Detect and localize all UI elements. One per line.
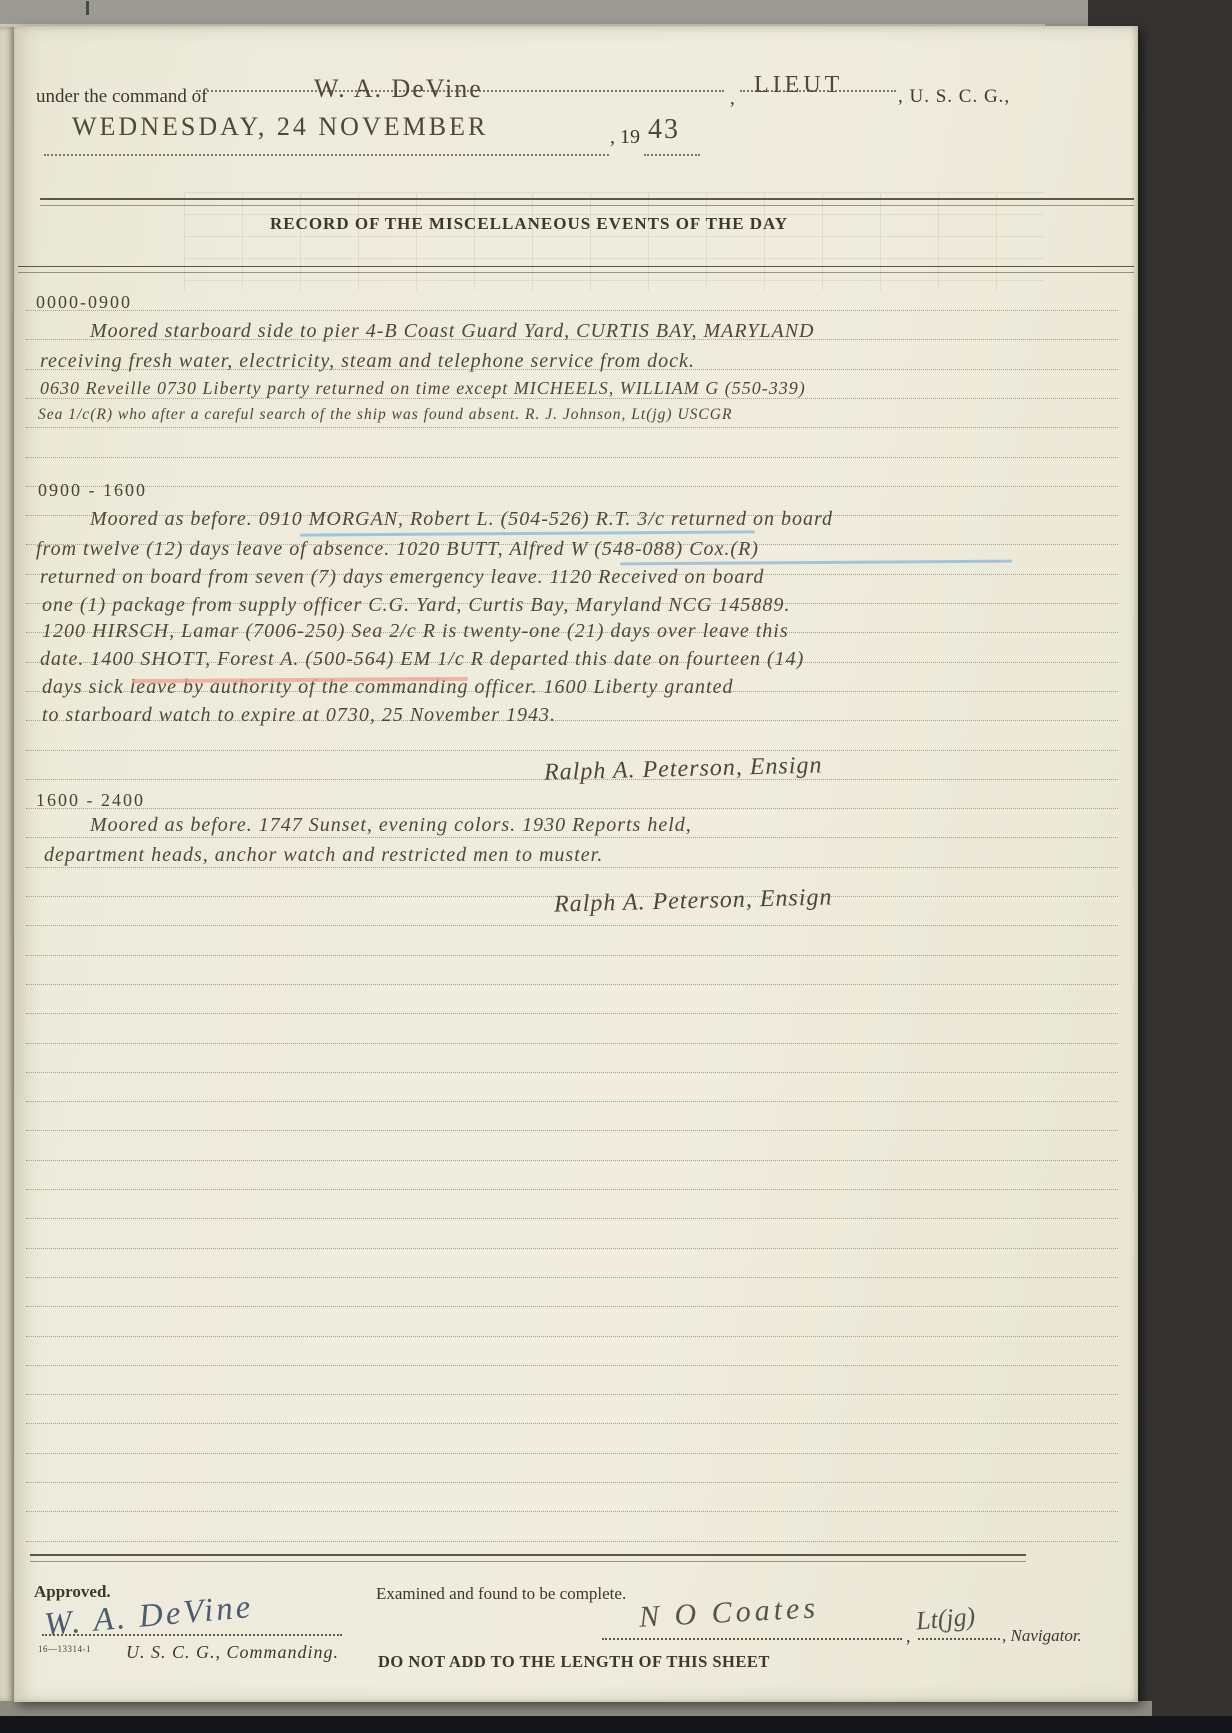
entry-line: 1200 HIRSCH, Lamar (7006-250) Sea 2/c R … [42, 620, 789, 643]
navigator-signature: N O Coates [638, 1591, 820, 1634]
log-page: under the command of W. A. DeVine , LIEU… [14, 26, 1138, 1702]
entry-line: Moored as before. 0910 MORGAN, Robert L.… [90, 508, 833, 531]
ruled-line [26, 1394, 1118, 1395]
ruled-line [26, 955, 1118, 956]
ruled-line [26, 837, 1118, 838]
entry-line: Moored starboard side to pier 4-B Coast … [90, 320, 814, 343]
previous-page-edge [0, 27, 15, 1702]
ruled-line [26, 750, 1118, 751]
ruled-line [26, 427, 1118, 428]
length-warning: DO NOT ADD TO THE LENGTH OF THIS SHEET [378, 1652, 770, 1672]
entry-line: 0630 Reveille 0730 Liberty party returne… [40, 378, 806, 399]
binding-mark [86, 1, 89, 15]
backdrop-bottom-dark [0, 1716, 1232, 1733]
comma-after-name: , [730, 88, 735, 110]
navigator-rank-line [918, 1638, 1000, 1640]
commanding-label: U. S. C. G., Commanding. [126, 1642, 339, 1663]
ruled-line [26, 310, 1118, 311]
footer-rule [30, 1554, 1026, 1562]
show-through-table [184, 192, 1044, 290]
ruled-line [26, 1248, 1118, 1249]
backdrop-top-band [0, 0, 1088, 27]
ruled-line [26, 1541, 1118, 1542]
ruled-line [26, 1218, 1118, 1219]
ruled-line [26, 1365, 1118, 1366]
commander-rank: LIEUT [754, 72, 843, 99]
time-range-0000-0900: 0000-0900 [36, 292, 132, 313]
ruled-line [26, 1482, 1118, 1483]
commanding-signature-line [42, 1634, 342, 1636]
page-title: RECORD OF THE MISCELLANEOUS EVENTS OF TH… [14, 214, 1044, 234]
entry-line: Sea 1/c(R) who after a careful search of… [38, 406, 732, 424]
time-range-1600-2400: 1600 - 2400 [36, 790, 145, 811]
ruled-line [26, 1189, 1118, 1190]
signature-peterson-2: Ralph A. Peterson, Ensign [554, 884, 833, 918]
ruled-line [26, 1160, 1118, 1161]
header-rule [40, 198, 1134, 206]
navigator-signature-line [602, 1638, 902, 1640]
date-written: WEDNESDAY, 24 NOVEMBER [72, 112, 488, 142]
ruled-line [26, 1101, 1118, 1102]
entry-line: receiving fresh water, electricity, stea… [40, 350, 695, 373]
ruled-line [26, 486, 1118, 487]
ruled-line [26, 808, 1118, 809]
ruled-line [26, 1423, 1118, 1424]
ruled-line [26, 1511, 1118, 1512]
entry-line: to starboard watch to expire at 0730, 25… [42, 704, 556, 727]
date-line [44, 154, 609, 156]
ruled-line [26, 1072, 1118, 1073]
ruled-line [26, 984, 1118, 985]
ruled-line [26, 1336, 1118, 1337]
ruled-line [26, 1277, 1118, 1278]
service-suffix: , U. S. C. G., [898, 86, 1010, 108]
ruled-line [26, 925, 1118, 926]
entry-line: returned on board from seven (7) days em… [40, 566, 764, 589]
navigator-rank: Lt(jg) [915, 1601, 977, 1636]
year-written: 43 [648, 114, 680, 146]
ruled-line [26, 1130, 1118, 1131]
year-line [644, 154, 700, 156]
entry-line: date. 1400 SHOTT, Forest A. (500-564) EM… [40, 648, 804, 671]
ruled-line [26, 1453, 1118, 1454]
ruled-line [26, 1013, 1118, 1014]
blue-underline-morgan [300, 530, 755, 536]
commander-name: W. A. DeVine [314, 74, 483, 104]
entry-line: one (1) package from supply officer C.G.… [42, 594, 790, 617]
command-label: under the command of [36, 86, 207, 108]
entry-line: from twelve (12) days leave of absence. … [36, 538, 759, 561]
navigator-label: , Navigator. [1002, 1626, 1082, 1646]
ruled-line [26, 1306, 1118, 1307]
title-rule [18, 266, 1134, 273]
logbook-photo: under the command of W. A. DeVine , LIEU… [0, 0, 1232, 1733]
year-prefix: , 19 [610, 126, 640, 149]
comma-after-navigator-signature: , [906, 1626, 911, 1647]
examined-label: Examined and found to be complete. [376, 1584, 626, 1604]
entry-line: department heads, anchor watch and restr… [44, 844, 603, 867]
ruled-line [26, 1043, 1118, 1044]
form-number: 16—13314-1 [38, 1644, 91, 1654]
entry-line: Moored as before. 1747 Sunset, evening c… [90, 814, 692, 837]
approved-label: Approved. [34, 1582, 111, 1602]
time-range-0900-1600: 0900 - 1600 [38, 480, 147, 501]
signature-peterson-1: Ralph A. Peterson, Ensign [544, 752, 823, 786]
ruled-line [26, 457, 1118, 458]
